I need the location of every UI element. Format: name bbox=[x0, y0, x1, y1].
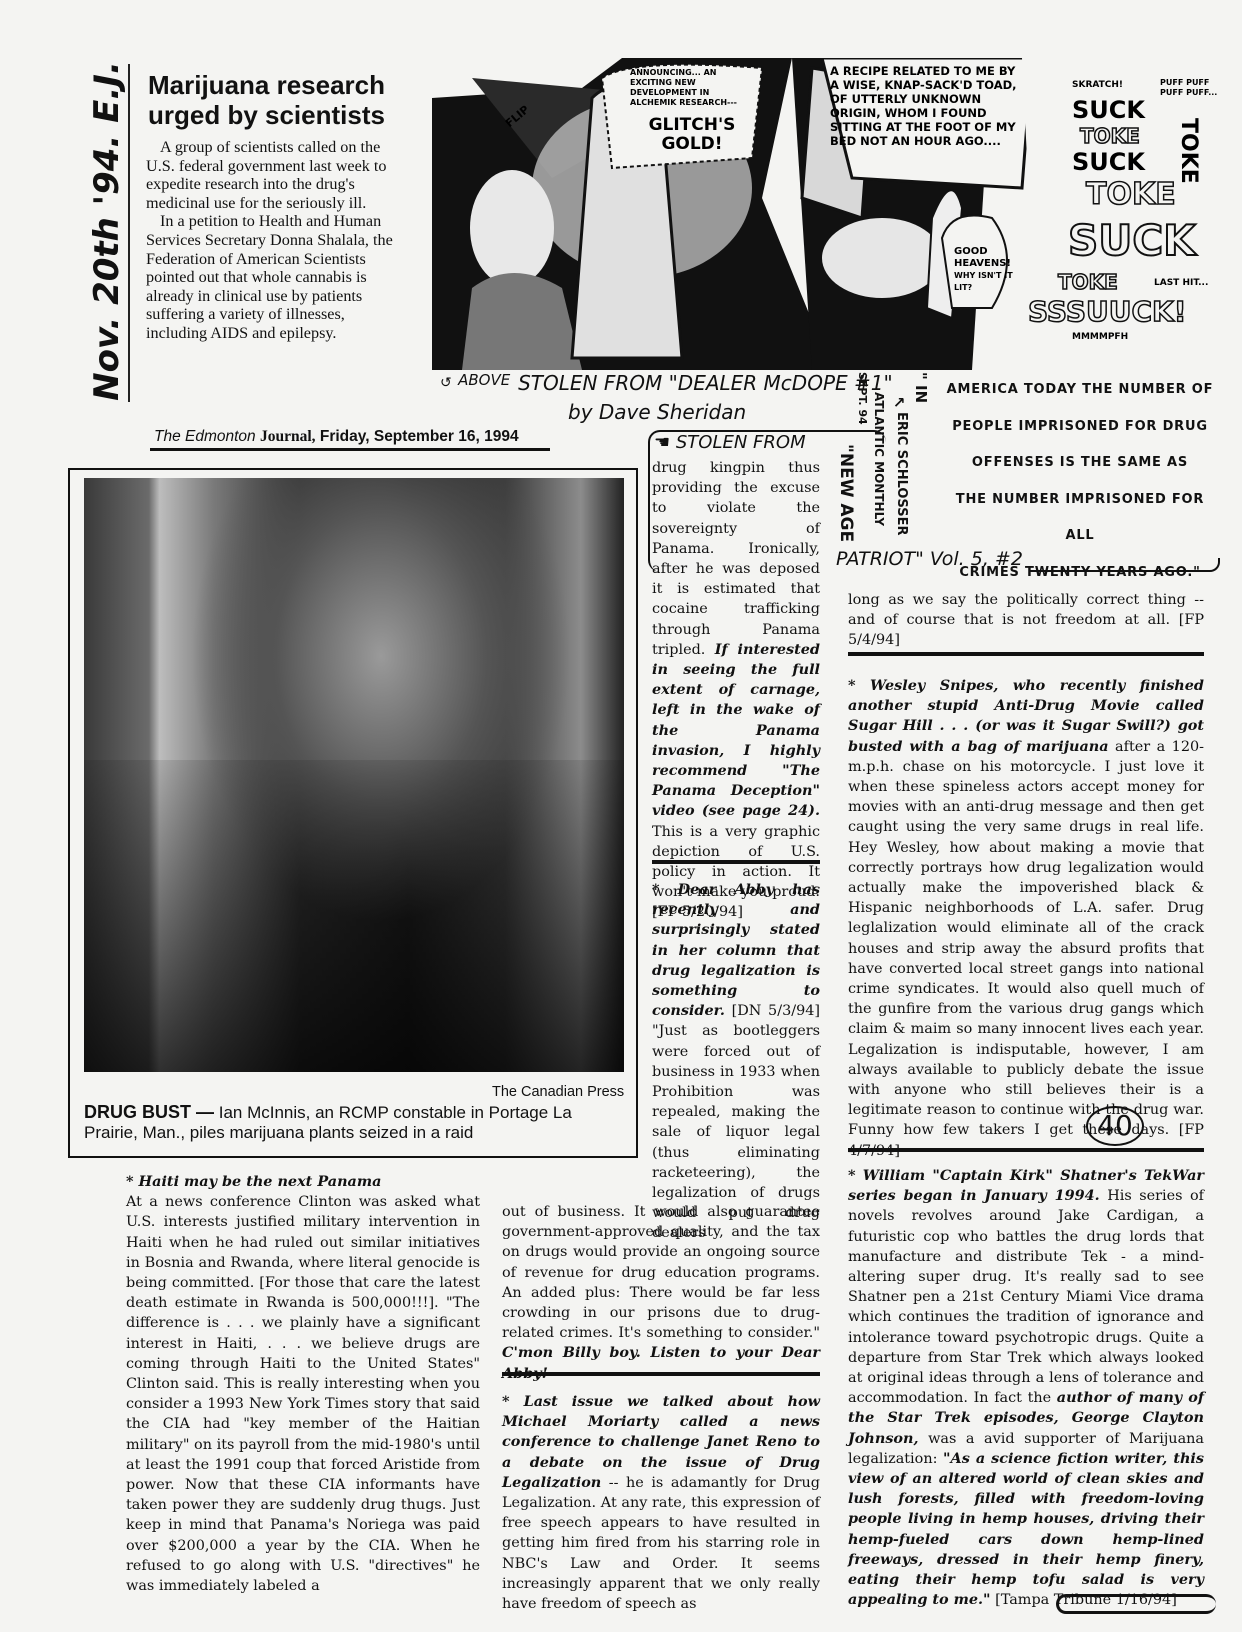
sfx-scratch: Skratch! bbox=[1072, 80, 1123, 90]
comic-credit-line: ↺ ABOVESTOLEN FROM "DEALER McDOPE #1" bbox=[440, 372, 893, 394]
section-rule bbox=[652, 860, 820, 864]
photo-caption: DRUG BUST — Ian McInnis, an RCMP constab… bbox=[84, 1102, 604, 1143]
section-rule bbox=[502, 1372, 820, 1376]
dear-abby-article: * Dear Abby has recently and surprisingl… bbox=[652, 880, 820, 1244]
sfx-suck-2: SUCK bbox=[1072, 150, 1145, 174]
sfx-mmpfh: MMMMPFH bbox=[1072, 332, 1128, 342]
patriot-label: PATRIOT" Vol. 5, #2 bbox=[836, 548, 1023, 570]
moriarty-article: * Last issue we talked about how Michael… bbox=[502, 1392, 820, 1614]
section-rule bbox=[848, 652, 1204, 656]
clipping-divider bbox=[128, 64, 130, 402]
panama-article-continued: drug kingpin thus providing the excuse t… bbox=[652, 458, 820, 923]
speech-bubble-glitchs-gold: Glitch's Gold! bbox=[642, 116, 742, 154]
sfx-puff: Puff puff puff puff... bbox=[1160, 78, 1220, 98]
sfx-suck-1: SUCK bbox=[1072, 98, 1145, 122]
source-rule bbox=[150, 448, 550, 451]
comic-author-credit: by Dave Sheridan bbox=[568, 400, 746, 424]
moriarty-article-continued: long as we say the politically correct t… bbox=[848, 590, 1204, 651]
photo-shadow bbox=[84, 760, 624, 1072]
end-mark bbox=[1056, 1594, 1216, 1614]
sfx-suck-3: SUCK bbox=[1068, 220, 1196, 262]
section-rule bbox=[848, 1148, 1204, 1152]
newspaper-source-line: The Edmonton Journal, Friday, September … bbox=[154, 428, 554, 446]
clipping-body: A group of scientists called on the U.S.… bbox=[146, 138, 408, 343]
haiti-article: * Haiti may be the next Panama At a news… bbox=[126, 1172, 480, 1596]
handwritten-date-note: Nov. 20th '94. E.J. bbox=[84, 66, 130, 396]
speech-bubble-announce: Announcing... an exciting new developmen… bbox=[630, 68, 750, 108]
sfx-toke-3: TOKE bbox=[1058, 272, 1118, 292]
page-number: 40 bbox=[1086, 1106, 1144, 1146]
speech-bubble-good-heavens: Good heavens! Why isn't it lit? bbox=[954, 246, 1016, 294]
sfx-last-hit: Last hit... bbox=[1154, 278, 1214, 288]
arrow-icon: ↺ bbox=[440, 375, 452, 391]
photo-credit: The Canadian Press bbox=[492, 1084, 624, 1100]
arrow-icon: ☚ bbox=[654, 432, 670, 453]
stolen-from-label: ☚ STOLEN FROM bbox=[654, 432, 806, 453]
clipping-paragraph: In a petition to Health and Human Servic… bbox=[146, 212, 408, 342]
patriot-bracket bbox=[1030, 558, 1220, 572]
sfx-toke-2: TOKE bbox=[1086, 180, 1176, 210]
new-age-label: "NEW AGE bbox=[836, 444, 856, 542]
shatner-article: * William "Captain Kirk" Shatner's TekWa… bbox=[848, 1166, 1204, 1610]
clipping-headline: Marijuana research urged by scientists bbox=[148, 70, 418, 130]
wesley-snipes-article: * Wesley Snipes, who recently finished a… bbox=[848, 676, 1204, 1161]
sfx-toke-1: TOKE bbox=[1080, 126, 1140, 146]
sfx-tok-vertical: TOKE bbox=[1177, 118, 1199, 184]
dear-abby-article-continued: out of business. It would also guarantee… bbox=[502, 1202, 820, 1384]
comic-panel: FLIP Announcing... an exciting new devel… bbox=[432, 58, 1222, 370]
arrow-icon: ↖ bbox=[890, 396, 908, 409]
speech-bubble-recipe: A recipe related to me by a wise, knap-s… bbox=[830, 64, 1020, 148]
sfx-sssuuck: SSSUUCK! bbox=[1028, 298, 1186, 326]
clipping-paragraph: A group of scientists called on the U.S.… bbox=[146, 138, 408, 212]
